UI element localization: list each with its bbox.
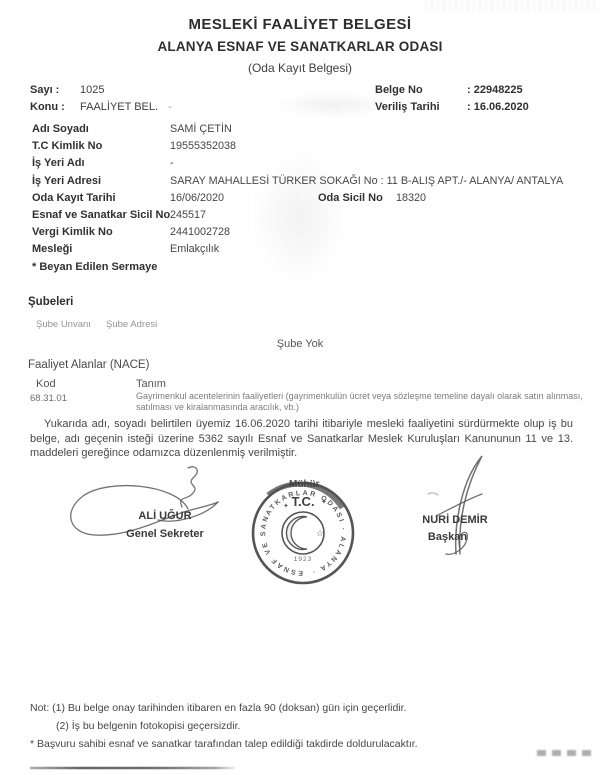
scan-artifact-marks <box>537 750 593 756</box>
field-value: Emlakçılık <box>170 243 219 255</box>
nace-description: Gayrimenkul acentelerinin faaliyetleri (… <box>136 391 584 412</box>
scan-noise-strip <box>425 0 597 11</box>
scan-artifact-line <box>30 767 235 769</box>
signature-right-scribble-icon <box>408 452 503 562</box>
field-label: * Beyan Edilen Sermaye <box>32 261 212 273</box>
crescent-icon <box>286 517 307 550</box>
field-row: * Beyan Edilen Sermaye <box>32 261 588 278</box>
belge-no-value: : 22948225 <box>467 84 523 96</box>
field-row: Adı Soyadı SAMİ ÇETİN <box>32 123 588 140</box>
document-title: MESLEKİ FAALİYET BELGESİ <box>0 16 600 33</box>
member-info-section: Adı Soyadı SAMİ ÇETİN T.C Kimlik No 1955… <box>32 123 588 278</box>
field-label: Vergi Kimlik No <box>32 226 170 238</box>
nace-col-tanim: Tanım <box>136 378 166 390</box>
signatory-name-left: ALİ UĞUR <box>105 510 225 522</box>
field-row: Mesleği Emlakçılık <box>32 243 588 260</box>
field-label: Adı Soyadı <box>32 123 170 135</box>
muhur-label: Mühür <box>289 479 320 490</box>
field-value: SAMİ ÇETİN <box>170 123 232 135</box>
konu-label: Konu : <box>30 101 65 113</box>
scan-smudge <box>275 92 390 118</box>
verilis-tarihi-label: Veriliş Tarihi <box>375 101 440 113</box>
chamber-name: ALANYA ESNAF VE SANATKARLAR ODASI <box>0 39 600 54</box>
field-row: Oda Kayıt Tarihi 16/06/2020 Oda Sicil No… <box>32 192 588 209</box>
note-line-1: Not: (1) Bu belge onay tarihinden itibar… <box>30 702 406 714</box>
konu-value: FAALİYET BEL. <box>80 101 158 113</box>
branch-col-unvan: Şube Unvanı <box>36 319 91 330</box>
nace-heading: Faaliyet Alanlar (NACE) <box>28 359 149 371</box>
stamp-year: 1923 <box>294 556 312 563</box>
signatory-name-right: NURİ DEMİR <box>400 514 510 526</box>
signatory-title-left: Genel Sekreter <box>105 528 225 540</box>
signatory-title-right: Başkan <box>400 531 495 543</box>
belge-no-label: Belge No <box>375 84 423 96</box>
nace-code: 68.31.01 <box>30 393 67 404</box>
star-icon: ☆ <box>316 528 324 538</box>
konu-dash-artifact: - <box>168 101 172 113</box>
document-subheading: (Oda Kayıt Belgesi) <box>0 61 600 75</box>
field-value: 16/06/2020 <box>170 192 318 204</box>
certificate-document: MESLEKİ FAALİYET BELGESİ ALANYA ESNAF VE… <box>0 0 600 775</box>
oda-sicil-no-label: Oda Sicil No <box>318 192 396 204</box>
branch-col-adres: Şube Adresi <box>106 319 157 330</box>
field-value: 245517 <box>170 209 206 221</box>
sayi-value: 1025 <box>80 84 104 96</box>
branches-heading: Şubeleri <box>28 296 73 308</box>
field-label: T.C Kimlik No <box>32 140 170 152</box>
field-value: SARAY MAHALLESİ TÜRKER SOKAĞI No : 11 B-… <box>170 175 563 187</box>
sayi-label: Sayı : <box>30 84 59 96</box>
field-row: Vergi Kimlik No 2441002728 <box>32 226 588 243</box>
note-line-3: * Başvuru sahibi esnaf ve sanatkar taraf… <box>30 738 418 750</box>
field-row: İş Yeri Adresi SARAY MAHALLESİ TÜRKER SO… <box>32 175 588 192</box>
note-line-2: (2) İş bu belgenin fotokopisi geçersizdi… <box>56 720 240 732</box>
field-label: Mesleği <box>32 243 170 255</box>
field-label: İş Yeri Adı <box>32 157 170 169</box>
oda-sicil-no-value: 18320 <box>396 192 426 204</box>
field-label: Oda Kayıt Tarihi <box>32 192 170 204</box>
field-value: 19555352038 <box>170 140 236 152</box>
field-row: Esnaf ve Sanatkar Sicil No 245517 <box>32 209 588 226</box>
field-label: Esnaf ve Sanatkar Sicil No <box>32 209 170 221</box>
branch-empty-text: Şube Yok <box>0 338 600 350</box>
nace-col-kod: Kod <box>36 378 56 390</box>
field-value: 2441002728 <box>170 226 230 238</box>
field-row: T.C Kimlik No 19555352038 <box>32 140 588 157</box>
verilis-tarihi-value: : 16.06.2020 <box>467 101 529 113</box>
field-label: İş Yeri Adresi <box>32 175 170 187</box>
field-row: İş Yeri Adı - <box>32 157 588 174</box>
star-icon: ✦ <box>283 502 289 510</box>
field-value: - <box>170 157 174 169</box>
